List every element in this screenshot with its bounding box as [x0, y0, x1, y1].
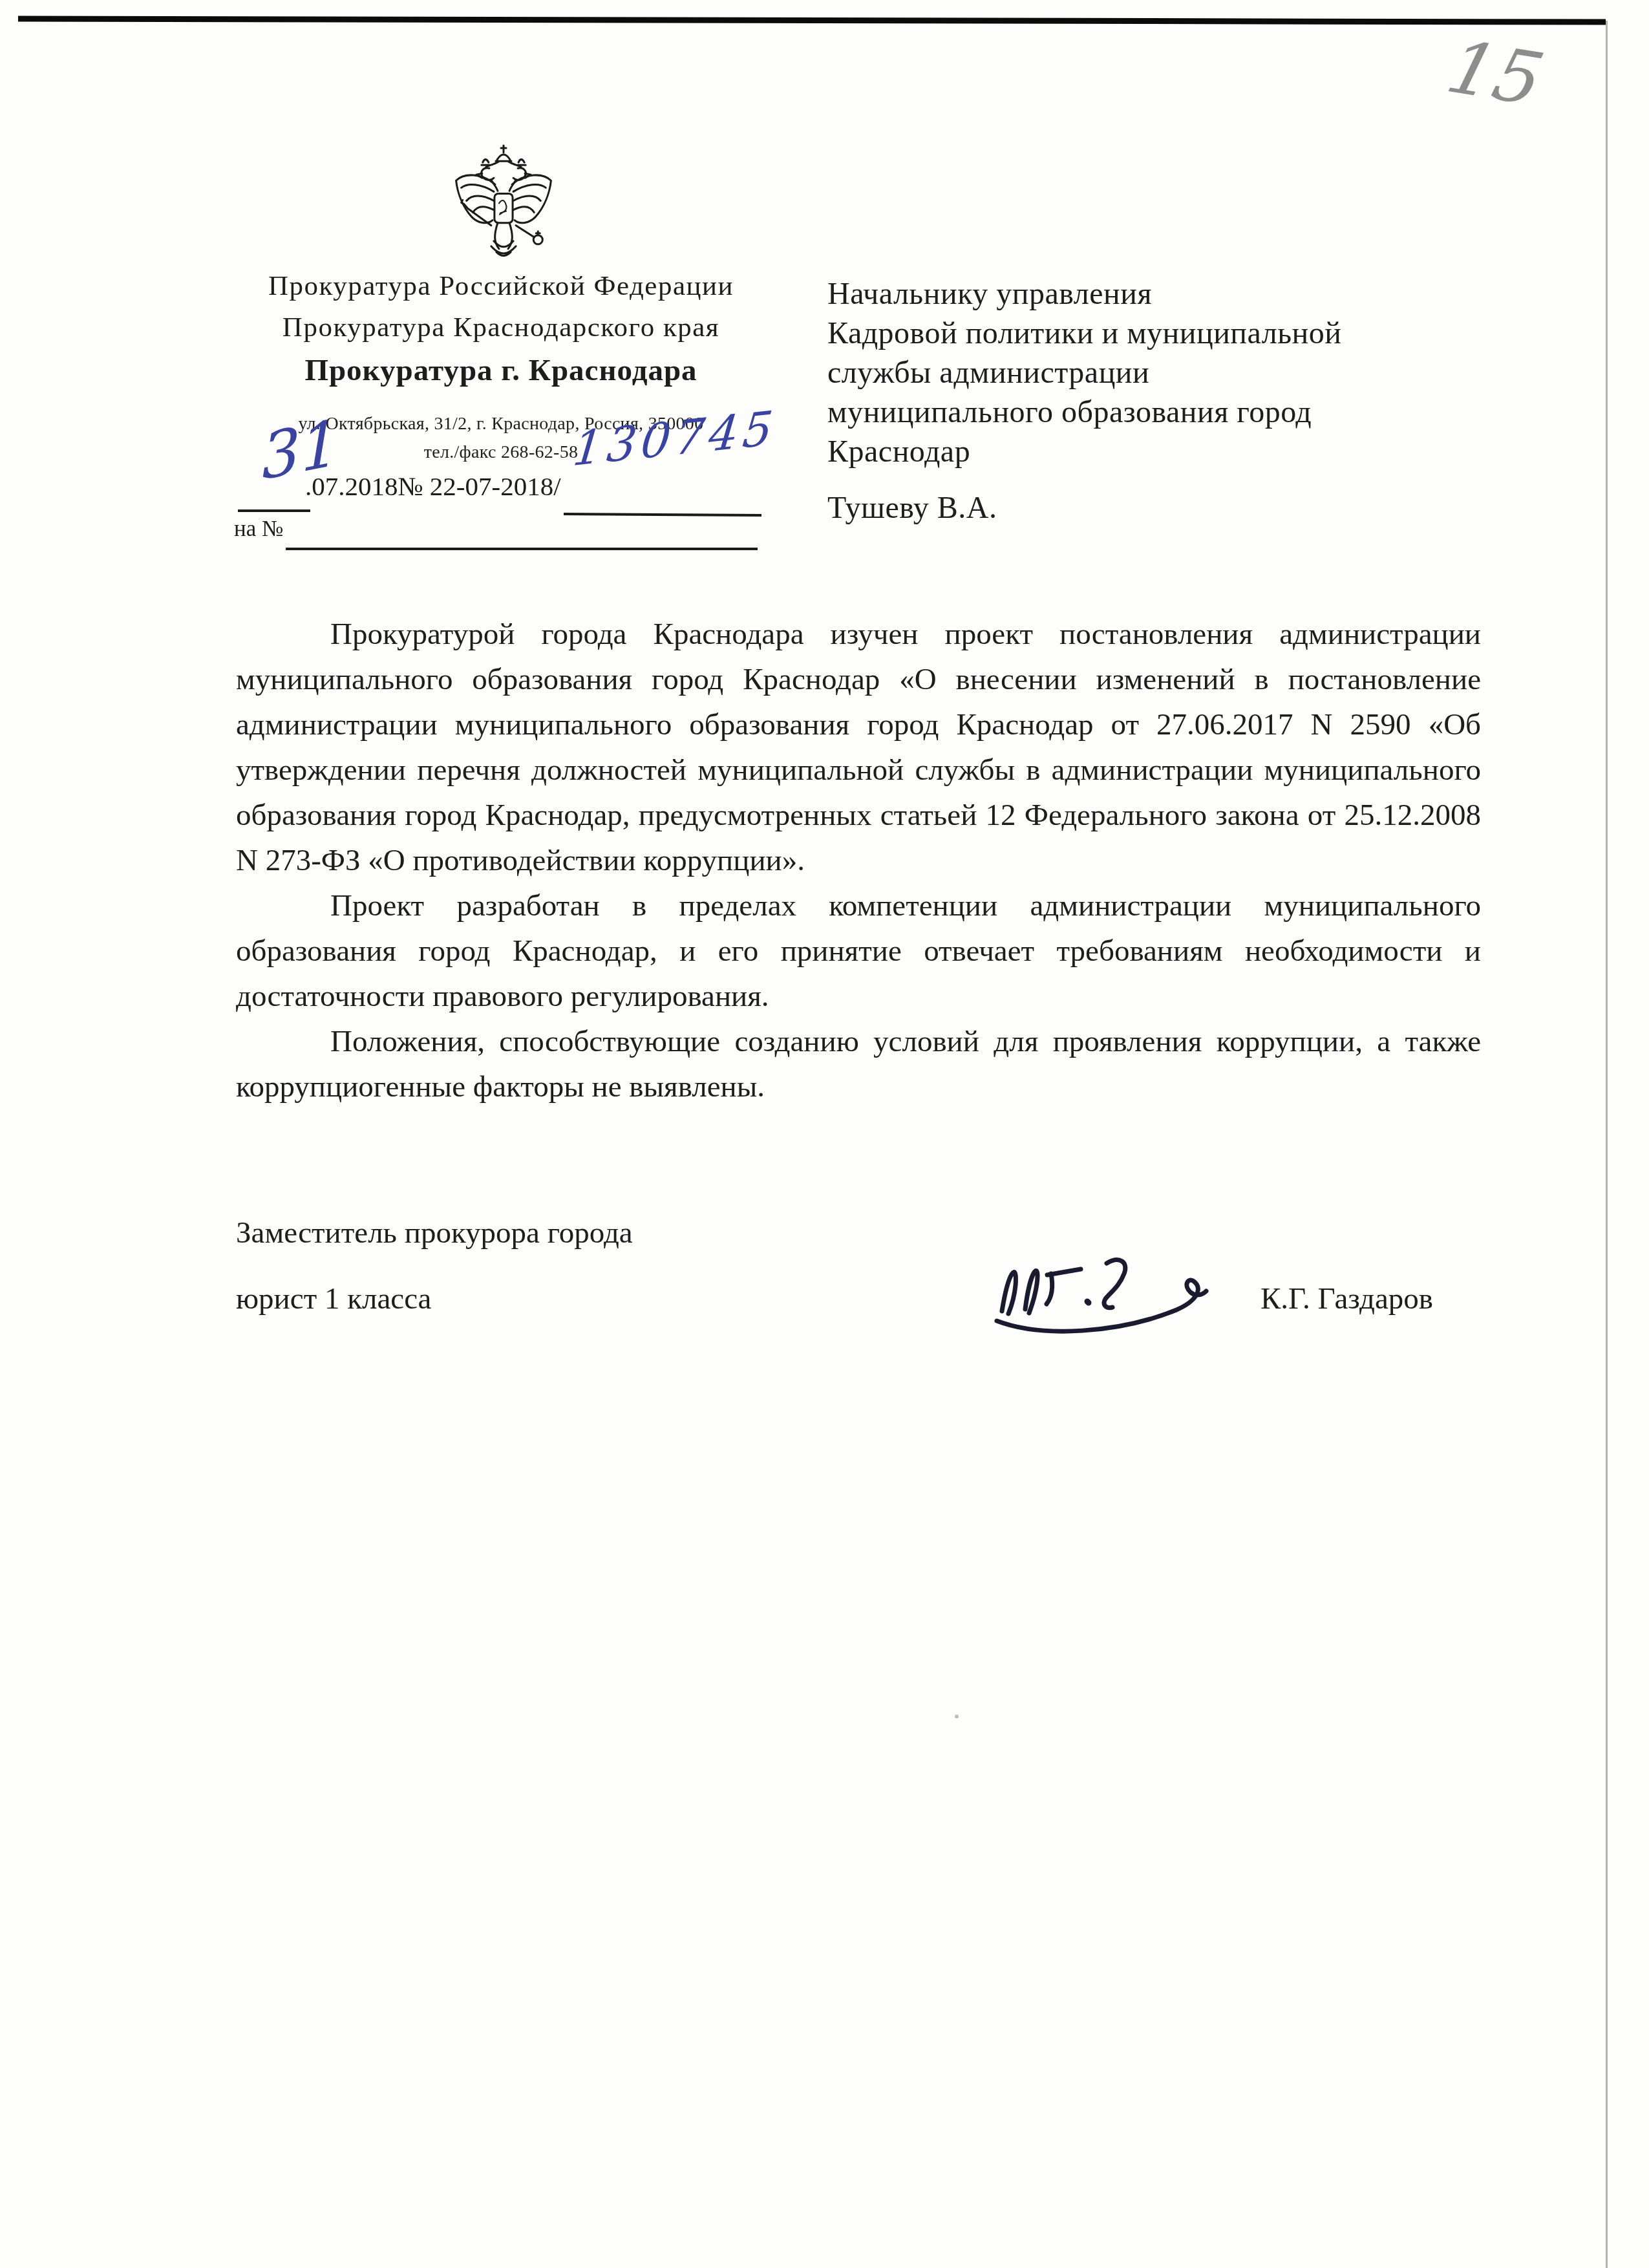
date-blank-line [238, 509, 310, 512]
org-name-krai: Прокуратура Краснодарского края [194, 312, 808, 343]
scan-top-edge-line [18, 16, 1606, 25]
russia-coat-of-arms-icon [448, 144, 559, 264]
signer-title-line2: юрист 1 класса [236, 1281, 431, 1316]
recipient-block: Начальнику управления Кадровой политики … [827, 274, 1564, 471]
incoming-ref-label: на № [234, 516, 283, 542]
body-paragraph: Положения, способствующие созданию услов… [236, 1019, 1481, 1109]
handwritten-page-number: 15 [1440, 31, 1550, 116]
date-and-outgoing-number: .07.2018№ 22-07-2018/ [305, 471, 561, 502]
recipient-line: Начальнику управления [827, 274, 1564, 314]
recipient-line: Краснодар [827, 432, 1564, 471]
recipient-name: Тушеву В.А. [827, 490, 997, 526]
scanned-letter-page: 15 [0, 0, 1649, 2268]
recipient-line: службы администрации [827, 353, 1564, 392]
body-paragraph: Прокуратурой города Краснодара изучен пр… [236, 612, 1481, 883]
incoming-ref-blank-line [286, 548, 758, 550]
recipient-line: муниципального образования город [827, 392, 1564, 432]
signer-name: К.Г. Газдаров [1261, 1281, 1433, 1316]
handwritten-signature-icon [983, 1236, 1235, 1346]
org-name-federation: Прокуратура Российской Федерации [194, 270, 808, 302]
org-name-city: Прокуратура г. Краснодара [194, 353, 808, 388]
scan-speck [955, 1715, 959, 1718]
signer-title-line1: Заместитель прокурора города [236, 1215, 633, 1250]
scan-right-page-edge [1606, 21, 1608, 2268]
reg-number-blank-line [564, 513, 761, 517]
recipient-line: Кадровой политики и муниципальной [827, 314, 1564, 353]
body-paragraph: Проект разработан в пределах компетенции… [236, 883, 1481, 1019]
letter-body: Прокуратурой города Краснодара изучен пр… [236, 612, 1481, 1109]
